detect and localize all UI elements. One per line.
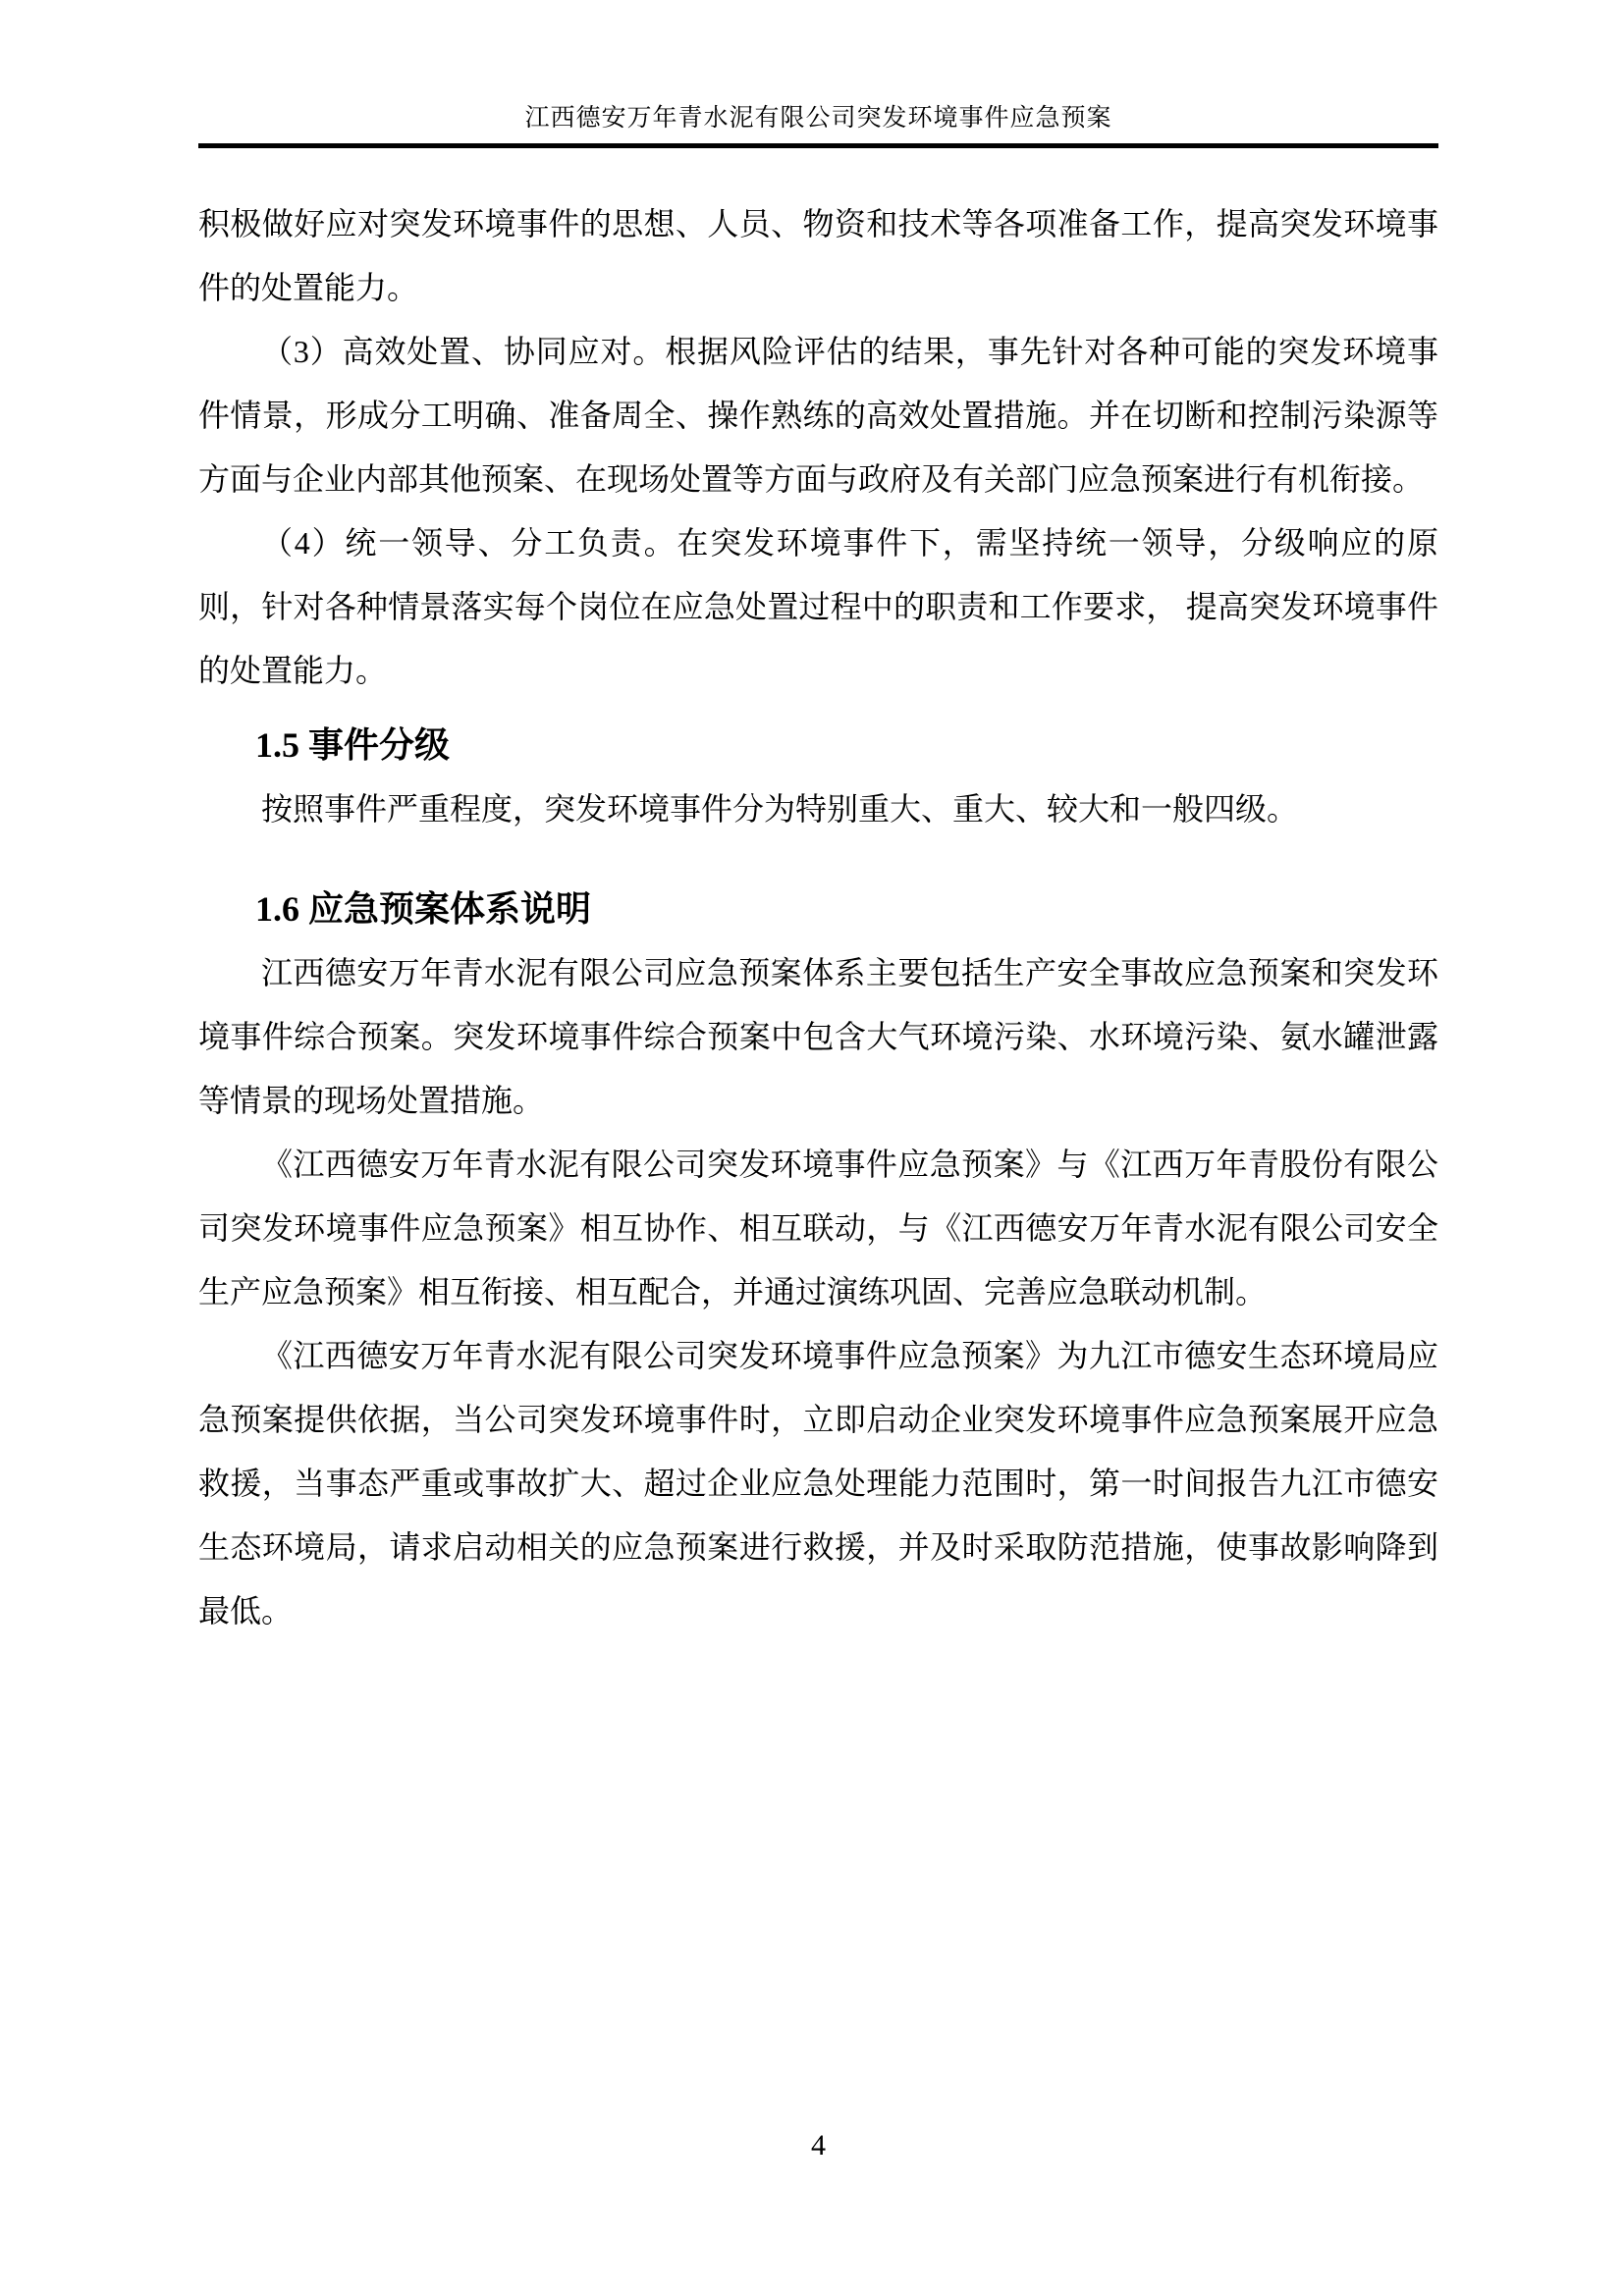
paragraph-event-grading: 按照事件严重程度，突发环境事件分为特别重大、重大、较大和一般四级。 bbox=[198, 777, 1438, 841]
section-heading-1-6: 1.6 应急预案体系说明 bbox=[255, 877, 1438, 941]
page-footer: 4 bbox=[198, 2128, 1438, 2163]
document-body: 积极做好应对突发环境事件的思想、人员、物资和技术等各项准备工作，提高突发环境事件… bbox=[198, 192, 1438, 1643]
paragraph-preparation-continuation: 积极做好应对突发环境事件的思想、人员、物资和技术等各项准备工作，提高突发环境事件… bbox=[198, 192, 1438, 320]
header-title: 江西德安万年青水泥有限公司突发环境事件应急预案 bbox=[198, 0, 1438, 133]
paragraph-plan-system: 江西德安万年青水泥有限公司应急预案体系主要包括生产安全事故应急预案和突发环境事件… bbox=[198, 941, 1438, 1133]
section-heading-1-5: 1.5 事件分级 bbox=[255, 713, 1438, 777]
paragraph-plan-linkage: 《江西德安万年青水泥有限公司突发环境事件应急预案》与《江西万年青股份有限公司突发… bbox=[198, 1133, 1438, 1324]
document-page: 江西德安万年青水泥有限公司突发环境事件应急预案 积极做好应对突发环境事件的思想、… bbox=[0, 0, 1624, 2296]
paragraph-principle-4: （4）统一领导、分工负责。在突发环境事件下，需坚持统一领导，分级响应的原则，针对… bbox=[198, 511, 1438, 703]
paragraph-principle-3: （3）高效处置、协同应对。根据风险评估的结果，事先针对各种可能的突发环境事件情景… bbox=[198, 320, 1438, 511]
page-number: 4 bbox=[811, 2129, 826, 2162]
page-header: 江西德安万年青水泥有限公司突发环境事件应急预案 bbox=[198, 0, 1438, 148]
paragraph-plan-basis: 《江西德安万年青水泥有限公司突发环境事件应急预案》为九江市德安生态环境局应急预案… bbox=[198, 1324, 1438, 1643]
header-rule bbox=[198, 143, 1438, 148]
